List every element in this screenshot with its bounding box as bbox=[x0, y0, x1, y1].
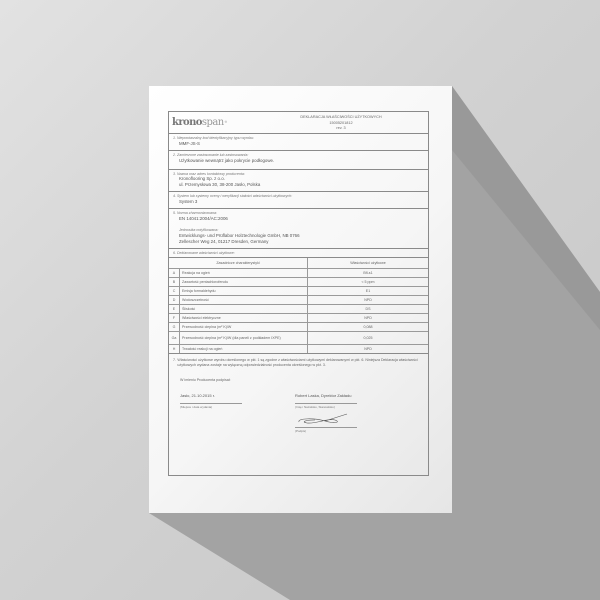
section-label: Niepowtarzalny kod identyfikacyjny typu … bbox=[177, 136, 254, 140]
row-value: DS bbox=[308, 305, 429, 314]
document-header: kronospan® DEKLARACJA WŁAŚCIWOŚCI UŻYTKO… bbox=[169, 112, 428, 134]
section-7: 7. Właściwości użytkowe wyrobu określone… bbox=[169, 354, 428, 437]
row-value: 0,088 bbox=[308, 323, 429, 332]
row-id: F bbox=[169, 314, 180, 323]
section-label: Zamierzone zastosowanie lub zastosowania… bbox=[177, 153, 248, 157]
section-3: 3. Nazwa oraz adres kontaktowy producent… bbox=[169, 170, 428, 193]
row-id: D bbox=[169, 296, 180, 305]
table-row: BZawartość pentachlorofenolu< 5 ppm bbox=[169, 278, 428, 287]
place-date-line bbox=[180, 403, 242, 404]
row-value: NPD bbox=[308, 345, 429, 354]
place-date-hint: (Miejsce i data wydania) bbox=[180, 405, 295, 409]
place-date: Jasło, 21.10.2015 r. bbox=[180, 393, 295, 398]
document-title-block: DEKLARACJA WŁAŚCIWOŚCI UŻYTKOWYCH 150052… bbox=[254, 112, 428, 133]
table-row: GaPrzewodność cieplna (m² K)/W (dla pane… bbox=[169, 332, 428, 345]
section-number: 2. bbox=[173, 153, 176, 157]
table-row: GPrzewodność cieplna (m² K)/W0,088 bbox=[169, 323, 428, 332]
section-label: Deklarowane właściwości użytkowe: bbox=[177, 251, 235, 255]
notified-body-address: Zellescher Weg 24, 01217 Dresden, German… bbox=[173, 239, 424, 245]
section-number: 5. bbox=[173, 211, 176, 215]
row-id: H bbox=[169, 345, 180, 354]
row-characteristic: Właściwości elektryczne bbox=[180, 314, 308, 323]
document-page: kronospan® DEKLARACJA WŁAŚCIWOŚCI UŻYTKO… bbox=[149, 86, 452, 513]
signer-hint: (Imię i Nazwisko, Stanowisko) bbox=[295, 405, 410, 409]
logo-registered-mark: ® bbox=[225, 120, 227, 124]
section-label: Nazwa oraz adres kontaktowy producenta: bbox=[177, 172, 245, 176]
declaration-of-performance: kronospan® DEKLARACJA WŁAŚCIWOŚCI UŻYTKO… bbox=[168, 111, 429, 476]
row-characteristic: Zawartość pentachlorofenolu bbox=[180, 278, 308, 287]
product-code: MMF-JS-S bbox=[173, 141, 424, 147]
conformity-statement: Właściwości użytkowe wyrobu określonego … bbox=[177, 358, 424, 368]
intended-use: Użytkowanie wewnątrz jako pokrycie podło… bbox=[173, 158, 424, 164]
signer-name: Robert Laska, Dyrektor Zakładu bbox=[295, 393, 410, 398]
row-id: B bbox=[169, 278, 180, 287]
section-5: 5. Norma zharmonizowana: EN 14041:2004/A… bbox=[169, 209, 428, 249]
table-row: AReakcja na ogieńBfl-s1 bbox=[169, 269, 428, 278]
logo-light-text: span bbox=[202, 116, 224, 130]
section-number: 4. bbox=[173, 194, 176, 198]
place-date-block: Jasło, 21.10.2015 r. (Miejsce i data wyd… bbox=[180, 393, 295, 433]
row-characteristic: Śliskość bbox=[180, 305, 308, 314]
signer-line bbox=[295, 403, 357, 404]
row-characteristic: Przewodność cieplna (m² K)/W (dla paneli… bbox=[180, 332, 308, 345]
table-row: EŚliskośćDS bbox=[169, 305, 428, 314]
document-revision: rev. 3 bbox=[254, 126, 428, 132]
table-row: DWodoszczelnośćNPD bbox=[169, 296, 428, 305]
section-number: 6. bbox=[173, 251, 176, 255]
row-value: 0,025 bbox=[308, 332, 429, 345]
signature-hint: (Podpis) bbox=[295, 429, 410, 433]
row-value: NPD bbox=[308, 314, 429, 323]
row-characteristic: Reakcja na ogień bbox=[180, 269, 308, 278]
section-number: 1. bbox=[173, 136, 176, 140]
kronospan-logo: kronospan® bbox=[169, 112, 254, 133]
row-value: NPD bbox=[308, 296, 429, 305]
section-label: System lub systemy oceny i weryfikacji s… bbox=[177, 194, 292, 198]
table-row: CEmisja formaldehyduE1 bbox=[169, 287, 428, 296]
row-id: A bbox=[169, 269, 180, 278]
performance-table: Zasadnicze charakterystyki Właściwości u… bbox=[169, 258, 428, 354]
section-4: 4. System lub systemy oceny i weryfikacj… bbox=[169, 192, 428, 209]
row-value: E1 bbox=[308, 287, 429, 296]
logo-bold-text: krono bbox=[172, 116, 202, 130]
row-id: C bbox=[169, 287, 180, 296]
signature-line bbox=[295, 427, 357, 428]
row-id: Ga bbox=[169, 332, 180, 345]
column-header-characteristics: Zasadnicze charakterystyki bbox=[169, 258, 308, 269]
row-characteristic: Przewodność cieplna (m² K)/W bbox=[180, 323, 308, 332]
row-value: < 5 ppm bbox=[308, 278, 429, 287]
row-characteristic: Trwałość reakcji na ogień bbox=[180, 345, 308, 354]
table-row: HTrwałość reakcji na ogieńNPD bbox=[169, 345, 428, 354]
row-characteristic: Emisja formaldehydu bbox=[180, 287, 308, 296]
row-characteristic: Wodoszczelność bbox=[180, 296, 308, 305]
row-id: E bbox=[169, 305, 180, 314]
section-6: 6. Deklarowane właściwości użytkowe: bbox=[169, 249, 428, 259]
avcp-system: System 3 bbox=[173, 199, 424, 205]
row-id: G bbox=[169, 323, 180, 332]
table-row: FWłaściwości elektryczneNPD bbox=[169, 314, 428, 323]
section-number: 3. bbox=[173, 172, 176, 176]
handwritten-signature bbox=[295, 412, 355, 426]
column-header-performance: Właściwości użytkowe bbox=[308, 258, 429, 269]
row-value: Bfl-s1 bbox=[308, 269, 429, 278]
signer-block: Robert Laska, Dyrektor Zakładu (Imię i N… bbox=[295, 393, 410, 433]
section-label: Norma zharmonizowana: bbox=[177, 211, 217, 215]
signed-on-behalf-label: W imieniu Producenta podpisał: bbox=[173, 378, 424, 383]
manufacturer-address: ul. Przemysłowa 30, 38-200 Jasło, Polska bbox=[173, 182, 424, 188]
section-1: 1. Niepowtarzalny kod identyfikacyjny ty… bbox=[169, 134, 428, 151]
section-2: 2. Zamierzone zastosowanie lub zastosowa… bbox=[169, 151, 428, 170]
